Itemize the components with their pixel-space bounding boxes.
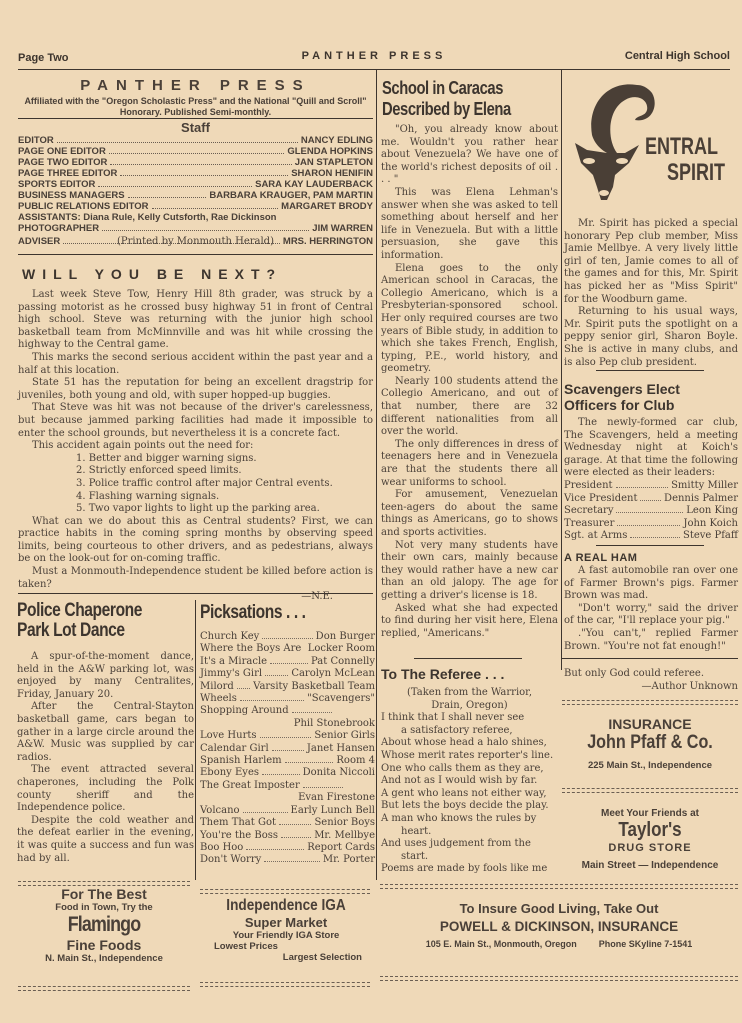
poem-line: One who calls them as they are, <box>381 763 558 776</box>
scavengers-headline: Scavengers Elect Officers for Club <box>564 381 680 413</box>
staff-list: EDITORNANCY EDLING PAGE ONE EDITORGLENDA… <box>18 135 373 247</box>
paragraph: Returning to his usual ways, Mr. Spirit … <box>564 306 738 369</box>
picksations-headline: Picksations . . . <box>200 602 306 624</box>
printer-credit: (Printed by Monmouth Herald) <box>18 236 373 247</box>
poem-line: And uses judgement from the <box>381 838 558 851</box>
poem-line: A man who knows the rules by <box>381 813 558 826</box>
paragraph: This accident again points out the need … <box>18 440 373 453</box>
staff-row: EDITORNANCY EDLING <box>18 135 373 146</box>
divider <box>414 658 522 659</box>
staff-row: PAGE THREE EDITORSHARON HENIFIN <box>18 168 373 179</box>
officer-row: SecretaryLeon King <box>564 505 738 518</box>
pick-row: The Great Imposter <box>200 780 375 792</box>
poem-line: Poems are made by fools like me <box>381 863 558 876</box>
masthead-rule <box>18 69 730 70</box>
paragraph: A spur-of-the-moment dance, held in the … <box>17 651 194 701</box>
paragraph: After the Central-Stayton basketball gam… <box>17 701 194 764</box>
poem-line: About whose head a halo shines, <box>381 737 558 750</box>
pfaff-ad: INSURANCE John Pfaff & Co. 225 Main St.,… <box>562 716 738 771</box>
iga-ad: Independence IGA Super Market Your Frien… <box>200 897 372 963</box>
paragraph: Elena goes to the only American school i… <box>381 263 558 376</box>
editorial-body: Last week Steve Tow, Henry Hill 8th grad… <box>18 289 373 604</box>
wavy-divider <box>562 788 738 793</box>
scavengers-body: The newly-formed car club, The Scavenger… <box>564 417 738 543</box>
pick-row: Calendar GirlJanet Hansen <box>200 743 375 755</box>
caracas-headline: School in Caracas Described by Elena <box>382 78 511 120</box>
staff-box-title: PANTHER PRESS <box>18 77 373 94</box>
real-ham-body: A fast automobile ran over one of Farmer… <box>564 565 738 653</box>
officer-row: TreasurerJohn Koich <box>564 518 738 531</box>
wavy-divider <box>200 982 370 987</box>
paragraph: Not very many students have their own ca… <box>381 540 558 603</box>
referee-headline: To The Referee . . . <box>381 666 504 682</box>
wavy-divider <box>380 976 738 981</box>
paragraph: A fast automobile ran over one of Farmer… <box>564 565 738 603</box>
referee-poem: (Taken from the Warrior, Drain, Oregon) … <box>381 687 558 876</box>
wavy-divider <box>18 986 190 991</box>
staff-row: PUBLIC RELATIONS EDITORMARGARET BRODY <box>18 201 373 212</box>
poem-line: a satisfactory referee, <box>381 725 558 738</box>
pick-row: Don't WorryMr. Porter <box>200 854 375 866</box>
pick-row: Jimmy's GirlCarolyn McLean <box>200 668 375 680</box>
central-spirit-body: Mr. Spirit has picked a special honorary… <box>564 218 738 369</box>
masthead: Page Two PANTHER PRESS Central High Scho… <box>18 50 730 66</box>
paragraph: This marks the second serious accident w… <box>18 352 373 377</box>
pick-row: Them That GotSenior Boys <box>200 817 375 829</box>
paragraph: State 51 has the reputation for being an… <box>18 377 373 402</box>
affiliation: Affiliated with the "Oregon Scholastic P… <box>18 96 373 118</box>
list-item: 2. Strictly enforced speed limits. <box>18 465 373 478</box>
divider <box>18 254 373 255</box>
central-spirit-logo: ENTRAL SPIRIT <box>567 75 737 205</box>
paragraph: Asked what she had expected to find duri… <box>381 603 558 641</box>
pick-row: You're the BossMr. Mellbye <box>200 830 375 842</box>
wavy-divider <box>380 884 738 889</box>
editorial-headline: WILL YOU BE NEXT? <box>22 266 282 282</box>
divider <box>18 593 373 594</box>
paper-name: PANTHER PRESS <box>18 50 730 62</box>
staff-row: PAGE TWO EDITORJAN STAPLETON <box>18 157 373 168</box>
divider <box>562 658 738 659</box>
staff-heading: Staff <box>18 120 373 135</box>
pick-row: It's a MiraclePat Connelly <box>200 656 375 668</box>
column-divider <box>561 70 562 670</box>
list-item: 3. Police traffic control after major Ce… <box>18 478 373 491</box>
paragraph: The newly-formed car club, The Scavenger… <box>564 417 738 480</box>
paragraph: Mr. Spirit has picked a special honorary… <box>564 218 738 306</box>
paragraph: What can we do about this as Central stu… <box>18 516 373 566</box>
school-name: Central High School <box>625 50 730 62</box>
officer-row: Vice PresidentDennis Palmer <box>564 493 738 506</box>
column-divider <box>195 600 196 880</box>
pick-row: Boo HooReport Cards <box>200 842 375 854</box>
pick-row: Church KeyDon Burger <box>200 631 375 643</box>
poem-line: But lets the boys decide the play. <box>381 800 558 813</box>
divider <box>596 545 704 546</box>
pick-row: Spanish HarlemRoom 4 <box>200 755 375 767</box>
list-item: 4. Flashing warning signals. <box>18 491 373 504</box>
paragraph: For amusement, Venezuelan teen-agers do … <box>381 489 558 539</box>
staff-row: SPORTS EDITORSARA KAY LAUDERBACK <box>18 179 373 190</box>
paragraph: "Don't worry," said the driver of the ca… <box>564 603 738 628</box>
source: (Taken from the Warrior, <box>381 687 558 700</box>
poem-line: I think that I shall never see <box>381 712 558 725</box>
pick-row: Shopping Around <box>200 705 375 717</box>
source: Drain, Oregon) <box>381 700 558 713</box>
caracas-body: "Oh, you already know about me. Wouldn't… <box>381 124 558 640</box>
paragraph: This was Elena Lehman's answer when she … <box>381 187 558 263</box>
assistants: ASSISTANTS: Diana Rule, Kelly Cutsforth,… <box>18 212 373 223</box>
picksations-list: Church KeyDon BurgerWhere the Boys AreLo… <box>200 631 375 867</box>
paragraph: Last week Steve Tow, Henry Hill 8th grad… <box>18 289 373 352</box>
paragraph: Nearly 100 students attend the Collegio … <box>381 376 558 439</box>
list-item: 1. Better and bigger warning signs. <box>18 453 373 466</box>
paragraph: Must a Monmouth-Independence student be … <box>18 566 373 591</box>
paragraph: ."You can't," replied Farmer Brown. "You… <box>564 628 738 653</box>
referee-poem-ending: But only God could referee. —Author Unkn… <box>564 668 738 693</box>
pick-row: Where the Boys AreLocker Room <box>200 643 375 655</box>
staff-row: PHOTOGRAPHERJIM WARREN <box>18 223 373 234</box>
pick-name: Phil Stonebrook <box>200 718 375 730</box>
poem-line: And not as I would wish by far. <box>381 775 558 788</box>
poem-line: heart. <box>381 826 558 839</box>
flamingo-ad: For The Best Food in Town, Try the Flami… <box>18 886 190 964</box>
list-item: 5. Two vapor lights to light up the park… <box>18 503 373 516</box>
officer-row: PresidentSmitty Miller <box>564 480 738 493</box>
poem-line: Whose merit rates reporter's line. <box>381 750 558 763</box>
poem-line: A gent who leans not either way, <box>381 788 558 801</box>
logo-text: SPIRIT <box>667 159 725 187</box>
staff-row: BUSINESS MANAGERSBARBARA KRAUGER, PAM MA… <box>18 190 373 201</box>
real-ham-headline: A REAL HAM <box>564 552 637 564</box>
pick-row: VolcanoEarly Lunch Bell <box>200 805 375 817</box>
paragraph: The event attracted several chaperones, … <box>17 764 194 814</box>
officer-row: Sgt. at ArmsSteve Pfaff <box>564 530 738 543</box>
poem-line: start. <box>381 851 558 864</box>
police-dance-body: A spur-of-the-moment dance, held in the … <box>17 651 194 865</box>
logo-text: ENTRAL <box>645 133 718 161</box>
pick-row: Love HurtsSenior Girls <box>200 730 375 742</box>
pick-row: MilordVarsity Basketball Team <box>200 681 375 693</box>
paragraph: That Steve was hit was not because of th… <box>18 402 373 440</box>
officers-list: PresidentSmitty MillerVice PresidentDenn… <box>564 480 738 543</box>
wavy-divider <box>562 700 738 705</box>
pick-row: Wheels"Scavengers" <box>200 693 375 705</box>
paragraph: The only differences in dress of teenage… <box>381 439 558 489</box>
taylors-ad: Meet Your Friends at Taylor's DRUG STORE… <box>562 808 738 871</box>
wavy-divider <box>200 889 370 894</box>
powell-ad: To Insure Good Living, Take Out POWELL &… <box>380 901 738 949</box>
pick-name: Evan Firestone <box>200 792 375 804</box>
paragraph: Despite the cold weather and the defeat … <box>17 815 194 865</box>
paragraph: "Oh, you already know about me. Wouldn't… <box>381 124 558 187</box>
divider <box>18 118 373 119</box>
divider <box>596 370 704 371</box>
police-dance-headline: Police Chaperone Park Lot Dance <box>17 601 142 641</box>
staff-row: PAGE ONE EDITORGLENDA HOPKINS <box>18 146 373 157</box>
column-divider <box>376 70 377 880</box>
pick-row: Ebony EyesDonita Niccoli <box>200 767 375 779</box>
